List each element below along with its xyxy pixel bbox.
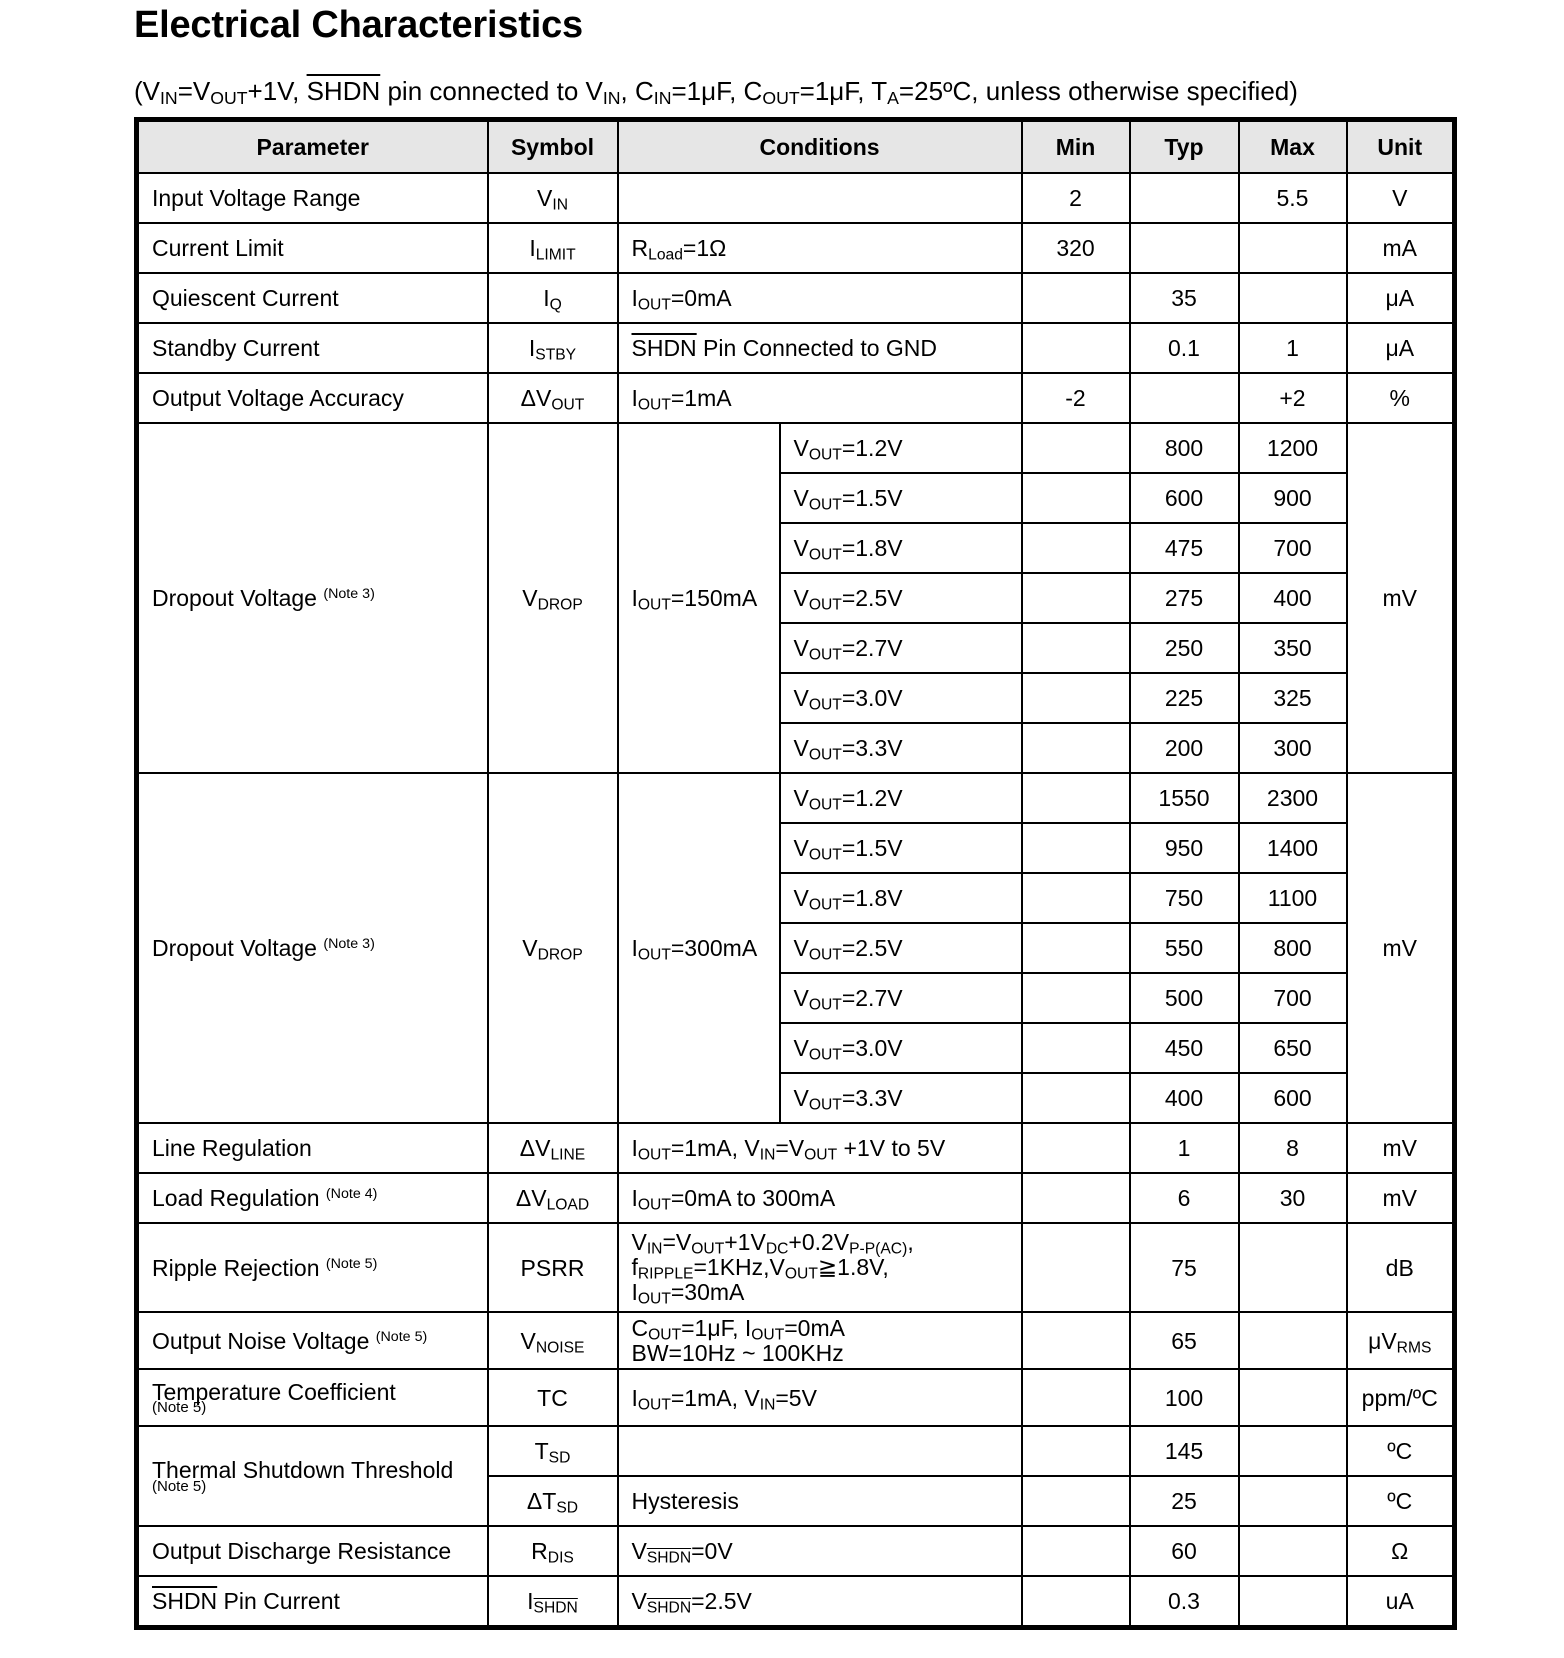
unit-cell: mV bbox=[1347, 773, 1455, 1123]
typ-cell: 6 bbox=[1130, 1173, 1239, 1223]
min-cell: 2 bbox=[1022, 173, 1130, 223]
param-cell: Current Limit bbox=[137, 223, 488, 273]
symbol-cell: VDROP bbox=[488, 423, 618, 773]
typ-cell: 200 bbox=[1130, 723, 1239, 773]
min-cell bbox=[1022, 623, 1130, 673]
param-cell: Line Regulation bbox=[137, 1123, 488, 1173]
unit-cell: μA bbox=[1347, 273, 1455, 323]
max-cell bbox=[1239, 1476, 1347, 1526]
note-text: pin connected to V bbox=[380, 76, 603, 106]
typ-cell: 800 bbox=[1130, 423, 1239, 473]
typ-cell: 250 bbox=[1130, 623, 1239, 673]
vout-condition-cell: VOUT=2.7V bbox=[780, 973, 1022, 1023]
min-cell bbox=[1022, 473, 1130, 523]
note-sub: A bbox=[887, 88, 899, 108]
unit-cell: uA bbox=[1347, 1576, 1455, 1628]
header-max: Max bbox=[1239, 120, 1347, 174]
symbol-cell: ΔVOUT bbox=[488, 373, 618, 423]
typ-cell: 225 bbox=[1130, 673, 1239, 723]
unit-cell: ºC bbox=[1347, 1426, 1455, 1476]
typ-cell: 400 bbox=[1130, 1073, 1239, 1123]
conditions-cell: RLoad=1Ω bbox=[618, 223, 1022, 273]
vout-condition-cell: VOUT=1.5V bbox=[780, 823, 1022, 873]
note-text: =V bbox=[178, 76, 211, 106]
unit-cell: mA bbox=[1347, 223, 1455, 273]
conditions-cell: IOUT=1mA, VIN=VOUT +1V to 5V bbox=[618, 1123, 1022, 1173]
header-conditions: Conditions bbox=[618, 120, 1022, 174]
min-cell bbox=[1022, 723, 1130, 773]
conditions-cell: Hysteresis bbox=[618, 1476, 1022, 1526]
min-cell bbox=[1022, 1476, 1130, 1526]
electrical-characteristics-table: Parameter Symbol Conditions Min Typ Max … bbox=[134, 117, 1457, 1630]
symbol-cell: TC bbox=[488, 1369, 618, 1426]
table-row: Output Discharge Resistance RDIS VSHDN=0… bbox=[137, 1526, 1455, 1576]
unit-cell: % bbox=[1347, 373, 1455, 423]
min-cell bbox=[1022, 1073, 1130, 1123]
note-sub: IN bbox=[160, 88, 178, 108]
min-cell bbox=[1022, 573, 1130, 623]
unit-cell: mV bbox=[1347, 423, 1455, 773]
max-cell bbox=[1239, 1312, 1347, 1369]
typ-cell: 60 bbox=[1130, 1526, 1239, 1576]
typ-cell: 0.3 bbox=[1130, 1576, 1239, 1628]
max-cell: 5.5 bbox=[1239, 173, 1347, 223]
conditions-cell: IOUT=1mA bbox=[618, 373, 1022, 423]
max-cell: 800 bbox=[1239, 923, 1347, 973]
param-cell: Temperature Coefficient(Note 5) bbox=[137, 1369, 488, 1426]
symbol-cell: RDIS bbox=[488, 1526, 618, 1576]
conditions-cell: IOUT=1mA, VIN=5V bbox=[618, 1369, 1022, 1426]
max-cell: 2300 bbox=[1239, 773, 1347, 823]
max-cell: 350 bbox=[1239, 623, 1347, 673]
note-sub: OUT bbox=[762, 88, 799, 108]
typ-cell: 145 bbox=[1130, 1426, 1239, 1476]
vout-condition-cell: VOUT=2.7V bbox=[780, 623, 1022, 673]
min-cell bbox=[1022, 873, 1130, 923]
typ-cell: 0.1 bbox=[1130, 323, 1239, 373]
conditions-cell: IOUT=0mA bbox=[618, 273, 1022, 323]
min-cell bbox=[1022, 323, 1130, 373]
note-sub: IN bbox=[603, 88, 621, 108]
note-text: =25ºC, unless otherwise specified) bbox=[899, 76, 1298, 106]
typ-cell: 1 bbox=[1130, 1123, 1239, 1173]
vout-condition-cell: VOUT=1.8V bbox=[780, 873, 1022, 923]
param-cell: Output Voltage Accuracy bbox=[137, 373, 488, 423]
min-cell bbox=[1022, 673, 1130, 723]
max-cell: 1 bbox=[1239, 323, 1347, 373]
vout-condition-cell: VOUT=3.0V bbox=[780, 1023, 1022, 1073]
typ-cell: 25 bbox=[1130, 1476, 1239, 1526]
note-sub: IN bbox=[654, 88, 672, 108]
typ-cell: 475 bbox=[1130, 523, 1239, 573]
conditions-cell: IOUT=0mA to 300mA bbox=[618, 1173, 1022, 1223]
param-cell: Input Voltage Range bbox=[137, 173, 488, 223]
header-min: Min bbox=[1022, 120, 1130, 174]
max-cell bbox=[1239, 1526, 1347, 1576]
param-cell: Ripple Rejection (Note 5) bbox=[137, 1223, 488, 1312]
table-row: Line Regulation ΔVLINE IOUT=1mA, VIN=VOU… bbox=[137, 1123, 1455, 1173]
max-cell: 1100 bbox=[1239, 873, 1347, 923]
symbol-cell: TSD bbox=[488, 1426, 618, 1476]
typ-cell: 275 bbox=[1130, 573, 1239, 623]
param-cell: Quiescent Current bbox=[137, 273, 488, 323]
dropout-150-block: Dropout Voltage (Note 3)VDROPIOUT=150mAV… bbox=[137, 423, 1455, 773]
conditions-cell: COUT=1μF, IOUT=0mA BW=10Hz ~ 100KHz bbox=[618, 1312, 1022, 1369]
conditions-cell: IOUT=150mA bbox=[618, 423, 780, 773]
min-cell bbox=[1022, 1576, 1130, 1628]
unit-cell: mV bbox=[1347, 1123, 1455, 1173]
conditions-cell bbox=[618, 173, 1022, 223]
vout-condition-cell: VOUT=2.5V bbox=[780, 923, 1022, 973]
table-row: Output Voltage Accuracy ΔVOUT IOUT=1mA -… bbox=[137, 373, 1455, 423]
vout-condition-cell: VOUT=1.2V bbox=[780, 773, 1022, 823]
param-cell: SHDN Pin Current bbox=[137, 1576, 488, 1628]
vout-condition-cell: VOUT=3.3V bbox=[780, 1073, 1022, 1123]
note-sub: OUT bbox=[210, 88, 247, 108]
typ-cell: 65 bbox=[1130, 1312, 1239, 1369]
note-text: (V bbox=[134, 76, 160, 106]
max-cell bbox=[1239, 223, 1347, 273]
symbol-cell: PSRR bbox=[488, 1223, 618, 1312]
min-cell bbox=[1022, 823, 1130, 873]
unit-cell: Ω bbox=[1347, 1526, 1455, 1576]
min-cell bbox=[1022, 1223, 1130, 1312]
typ-cell: 750 bbox=[1130, 873, 1239, 923]
table-row: Thermal Shutdown Threshold(Note 5) TSD 1… bbox=[137, 1426, 1455, 1476]
unit-cell: μA bbox=[1347, 323, 1455, 373]
min-cell bbox=[1022, 1023, 1130, 1073]
unit-cell: ºC bbox=[1347, 1476, 1455, 1526]
header-symbol: Symbol bbox=[488, 120, 618, 174]
symbol-cell: ISHDN bbox=[488, 1576, 618, 1628]
table-row: Quiescent Current IQ IOUT=0mA 35 μA bbox=[137, 273, 1455, 323]
conditions-cell: VSHDN=2.5V bbox=[618, 1576, 1022, 1628]
unit-cell: μVRMS bbox=[1347, 1312, 1455, 1369]
max-cell bbox=[1239, 1426, 1347, 1476]
vout-condition-cell: VOUT=3.3V bbox=[780, 723, 1022, 773]
param-cell: Dropout Voltage (Note 3) bbox=[137, 773, 488, 1123]
table-row: SHDN Pin Current ISHDN VSHDN=2.5V 0.3 uA bbox=[137, 1576, 1455, 1628]
typ-cell: 600 bbox=[1130, 473, 1239, 523]
vout-condition-cell: VOUT=1.2V bbox=[780, 423, 1022, 473]
min-cell bbox=[1022, 1526, 1130, 1576]
page-title: Electrical Characteristics bbox=[134, 4, 583, 47]
max-cell: 325 bbox=[1239, 673, 1347, 723]
param-cell: Dropout Voltage (Note 3) bbox=[137, 423, 488, 773]
typ-cell: 35 bbox=[1130, 273, 1239, 323]
min-cell bbox=[1022, 973, 1130, 1023]
min-cell bbox=[1022, 923, 1130, 973]
typ-cell bbox=[1130, 373, 1239, 423]
symbol-cell: ISTBY bbox=[488, 323, 618, 373]
header-unit: Unit bbox=[1347, 120, 1455, 174]
max-cell bbox=[1239, 1576, 1347, 1628]
table-row: Output Noise Voltage (Note 5) VNOISE COU… bbox=[137, 1312, 1455, 1369]
unit-cell: mV bbox=[1347, 1173, 1455, 1223]
symbol-cell: IQ bbox=[488, 273, 618, 323]
max-cell bbox=[1239, 273, 1347, 323]
header-parameter: Parameter bbox=[137, 120, 488, 174]
typ-cell: 100 bbox=[1130, 1369, 1239, 1426]
symbol-cell: ILIMIT bbox=[488, 223, 618, 273]
vout-condition-cell: VOUT=2.5V bbox=[780, 573, 1022, 623]
symbol-cell: VDROP bbox=[488, 773, 618, 1123]
min-cell bbox=[1022, 1426, 1130, 1476]
max-cell: 1400 bbox=[1239, 823, 1347, 873]
min-cell: -2 bbox=[1022, 373, 1130, 423]
typ-cell bbox=[1130, 173, 1239, 223]
table-row: Temperature Coefficient(Note 5) TC IOUT=… bbox=[137, 1369, 1455, 1426]
unit-cell: ppm/ºC bbox=[1347, 1369, 1455, 1426]
max-cell bbox=[1239, 1223, 1347, 1312]
conditions-cell: VSHDN=0V bbox=[618, 1526, 1022, 1576]
min-cell bbox=[1022, 423, 1130, 473]
test-conditions-note: (VIN=VOUT+1V, SHDN pin connected to VIN,… bbox=[134, 76, 1298, 107]
typ-cell: 1550 bbox=[1130, 773, 1239, 823]
min-cell bbox=[1022, 773, 1130, 823]
max-cell: 650 bbox=[1239, 1023, 1347, 1073]
typ-cell bbox=[1130, 223, 1239, 273]
max-cell: 700 bbox=[1239, 523, 1347, 573]
table-row: Load Regulation (Note 4) ΔVLOAD IOUT=0mA… bbox=[137, 1173, 1455, 1223]
max-cell: 900 bbox=[1239, 473, 1347, 523]
max-cell: 1200 bbox=[1239, 423, 1347, 473]
dropout-300-block: Dropout Voltage (Note 3)VDROPIOUT=300mAV… bbox=[137, 773, 1455, 1123]
min-cell bbox=[1022, 1369, 1130, 1426]
typ-cell: 500 bbox=[1130, 973, 1239, 1023]
max-cell: 600 bbox=[1239, 1073, 1347, 1123]
max-cell: 300 bbox=[1239, 723, 1347, 773]
max-cell: 8 bbox=[1239, 1123, 1347, 1173]
min-cell bbox=[1022, 1312, 1130, 1369]
unit-cell: V bbox=[1347, 173, 1455, 223]
max-cell bbox=[1239, 1369, 1347, 1426]
symbol-cell: ΔVLOAD bbox=[488, 1173, 618, 1223]
typ-cell: 550 bbox=[1130, 923, 1239, 973]
conditions-cell: IOUT=300mA bbox=[618, 773, 780, 1123]
min-cell bbox=[1022, 1123, 1130, 1173]
param-cell: Output Discharge Resistance bbox=[137, 1526, 488, 1576]
max-cell: +2 bbox=[1239, 373, 1347, 423]
typ-cell: 75 bbox=[1130, 1223, 1239, 1312]
note-shdn: SHDN bbox=[307, 76, 381, 106]
param-cell: Load Regulation (Note 4) bbox=[137, 1173, 488, 1223]
note-text: =1μF, T bbox=[800, 76, 887, 106]
min-cell bbox=[1022, 523, 1130, 573]
typ-cell: 450 bbox=[1130, 1023, 1239, 1073]
vout-condition-cell: VOUT=1.5V bbox=[780, 473, 1022, 523]
table-row: Input Voltage Range VIN 2 5.5 V bbox=[137, 173, 1455, 223]
min-cell bbox=[1022, 1173, 1130, 1223]
unit-cell: dB bbox=[1347, 1223, 1455, 1312]
table-row: Current Limit ILIMIT RLoad=1Ω 320 mA bbox=[137, 223, 1455, 273]
symbol-cell: VIN bbox=[488, 173, 618, 223]
table-row: Dropout Voltage (Note 3)VDROPIOUT=150mAV… bbox=[137, 423, 1455, 473]
typ-cell: 950 bbox=[1130, 823, 1239, 873]
header-typ: Typ bbox=[1130, 120, 1239, 174]
max-cell: 400 bbox=[1239, 573, 1347, 623]
note-text: , C bbox=[621, 76, 654, 106]
param-cell: Thermal Shutdown Threshold(Note 5) bbox=[137, 1426, 488, 1526]
symbol-cell: ΔTSD bbox=[488, 1476, 618, 1526]
table-row: Standby Current ISTBY SHDN Pin Connected… bbox=[137, 323, 1455, 373]
table-header-row: Parameter Symbol Conditions Min Typ Max … bbox=[137, 120, 1455, 174]
table-row: Dropout Voltage (Note 3)VDROPIOUT=300mAV… bbox=[137, 773, 1455, 823]
table-row: Ripple Rejection (Note 5) PSRR VIN=VOUT+… bbox=[137, 1223, 1455, 1312]
conditions-cell bbox=[618, 1426, 1022, 1476]
conditions-cell: SHDN Pin Connected to GND bbox=[618, 323, 1022, 373]
param-cell: Output Noise Voltage (Note 5) bbox=[137, 1312, 488, 1369]
vout-condition-cell: VOUT=3.0V bbox=[780, 673, 1022, 723]
max-cell: 30 bbox=[1239, 1173, 1347, 1223]
min-cell bbox=[1022, 273, 1130, 323]
note-text: +1V, bbox=[248, 76, 307, 106]
vout-condition-cell: VOUT=1.8V bbox=[780, 523, 1022, 573]
conditions-cell: VIN=VOUT+1VDC+0.2VP-P(AC), fRIPPLE=1KHz,… bbox=[618, 1223, 1022, 1312]
symbol-cell: ΔVLINE bbox=[488, 1123, 618, 1173]
symbol-cell: VNOISE bbox=[488, 1312, 618, 1369]
min-cell: 320 bbox=[1022, 223, 1130, 273]
note-text: =1μF, C bbox=[671, 76, 762, 106]
max-cell: 700 bbox=[1239, 973, 1347, 1023]
param-cell: Standby Current bbox=[137, 323, 488, 373]
